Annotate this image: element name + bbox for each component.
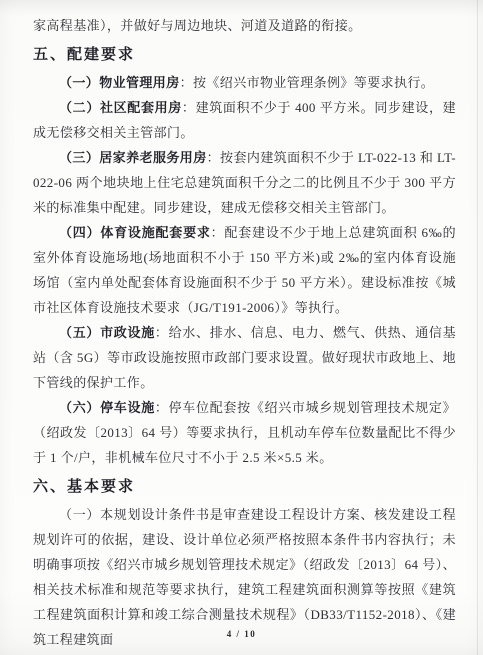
document-page: 家高程基准），并做好与周边地块、河道及道路的衔接。 五、配建要求 （一）物业管理… (0, 0, 483, 655)
item-label: （六）停车设施 (59, 400, 155, 415)
list-item-parking-facilities: （六）停车设施：停车位配套按《绍兴市城乡规划管理技术规定》（绍政发〔2013〕6… (33, 395, 456, 470)
section-5-heading: 五、配建要求 (33, 42, 456, 67)
list-item-municipal-facilities: （五）市政设施：给水、排水、信息、电力、燃气、供热、通信基站（含 5G）等市政设… (33, 320, 456, 395)
item-text: ：按《绍兴市物业管理条例》等要求执行。 (180, 75, 435, 90)
paragraph-continuation: 家高程基准），并做好与周边地块、河道及道路的衔接。 (33, 13, 456, 38)
item-label: （三）居家养老服务用房 (59, 150, 207, 165)
list-item-community-room: （二）社区配套用房：建筑面积不少于 400 平方米。同步建设，建成无偿移交相关主… (33, 95, 456, 145)
item-label: （二）社区配套用房 (59, 100, 182, 115)
list-item-elderly-care-room: （三）居家养老服务用房：按套内建筑面积不少于 LT-022-13 和 LT-02… (33, 145, 456, 220)
item-label: （四）体育设施配套要求 (59, 225, 211, 240)
page-number-footer: 4 / 10 (0, 629, 483, 639)
section-6-heading: 六、基本要求 (33, 474, 456, 499)
list-item-property-mgmt-room: （一）物业管理用房：按《绍兴市物业管理条例》等要求执行。 (33, 70, 456, 95)
item-label: （一）物业管理用房 (59, 75, 180, 90)
list-item-sports-facilities: （四）体育设施配套要求：配套建设不少于地上总建筑面积 6‰的室外体育设施场地(场… (33, 220, 456, 320)
scan-edge-artifact (477, 0, 478, 655)
item-label: （五）市政设施 (59, 325, 155, 340)
